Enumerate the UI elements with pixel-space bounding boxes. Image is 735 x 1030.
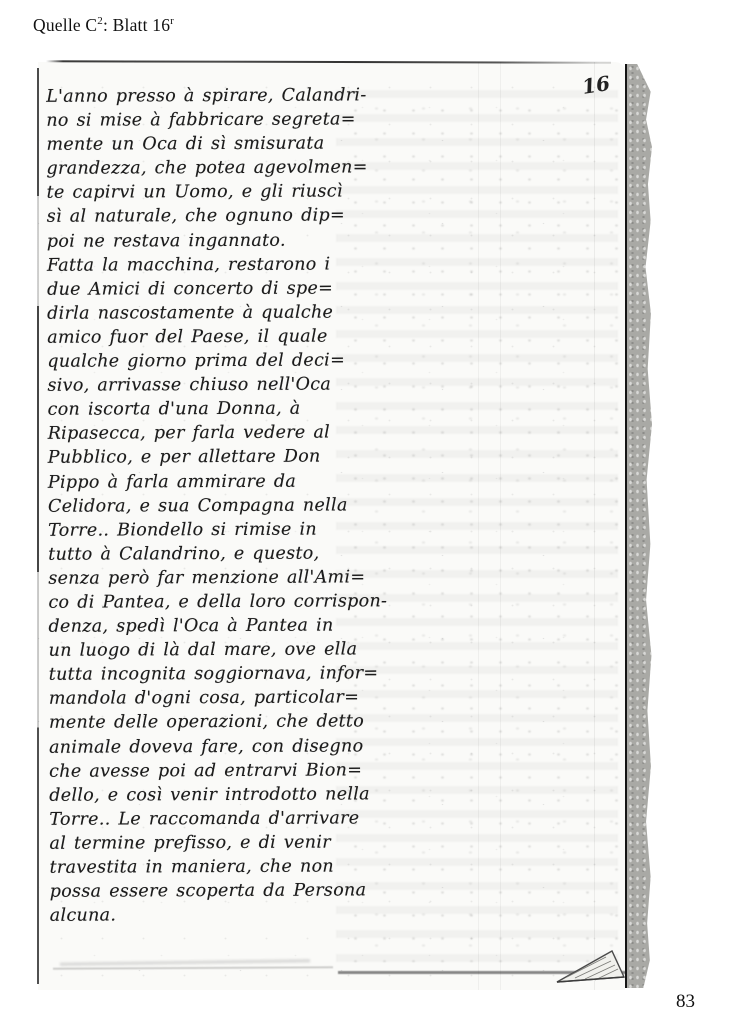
manuscript-line: sivo, arrivasse chiuso nell'Oca xyxy=(47,372,399,398)
manuscript-line: dello, e così venir introdotto nella xyxy=(49,782,401,808)
manuscript-line: mandola d'ogni cosa, particolar= xyxy=(49,686,401,712)
manuscript-line: Ripasecca, per farla vedere al xyxy=(48,421,400,447)
manuscript-line: denza, spedì l'Oca à Pantea in xyxy=(48,613,400,639)
manuscript-line: mente un Oca di sì smisurata xyxy=(46,131,398,157)
caption-middle: : Blatt 16 xyxy=(103,15,170,35)
manuscript-line: mente delle operazioni, che detto xyxy=(49,710,401,736)
manuscript-line: Fatta la macchina, restarono i xyxy=(47,252,399,278)
manuscript-line: Pubblico, e per allettare Don xyxy=(48,445,400,471)
manuscript-line: alcuna. xyxy=(50,902,402,928)
manuscript-line: Torre.. Biondello si rimise in xyxy=(48,517,400,543)
manuscript-line: un luogo di là dal mare, ove ella xyxy=(49,637,401,663)
manuscript-line: al termine prefisso, e di venir xyxy=(49,830,401,856)
source-caption: Quelle C2: Blatt 16r xyxy=(33,15,174,36)
manuscript-text-block: L'anno presso à spirare, Calandri- no si… xyxy=(46,83,402,928)
folded-corner-sketch xyxy=(554,946,632,988)
manuscript-line: animale doveva fare, con disegno xyxy=(49,734,401,760)
manuscript-line: L'anno presso à spirare, Calandri- xyxy=(46,83,398,109)
caption-superscript-2: r xyxy=(170,15,174,27)
deckle-edge-band xyxy=(625,64,652,988)
manuscript-line: co di Pantea, e della loro corrispon- xyxy=(48,589,400,615)
manuscript-line: poi ne restava ingannato. xyxy=(47,228,399,254)
manuscript-line: Torre.. Le raccomanda d'arrivare xyxy=(49,806,401,832)
manuscript-line: te capirvi un Uomo, e gli riuscì xyxy=(47,180,399,206)
manuscript-line: amico fuor del Paese, il quale xyxy=(47,324,399,350)
manuscript-line: Pippo à farla ammirare da xyxy=(48,469,400,495)
manuscript-line: grandezza, che potea agevolmen= xyxy=(46,156,398,182)
caption-prefix: Quelle C xyxy=(33,15,97,35)
manuscript-line: con iscorta d'una Donna, à xyxy=(48,396,400,422)
manuscript-page: 16 L'anno presso à spirare, Calandri- no… xyxy=(38,62,650,990)
manuscript-line: dirla nascostamente à qualche xyxy=(47,300,399,326)
page-left-edge xyxy=(37,68,39,984)
manuscript-line: senza però far menzione all'Ami= xyxy=(48,565,400,591)
print-page-number: 83 xyxy=(676,991,695,1013)
manuscript-line: Celidora, e sua Compagna nella xyxy=(48,493,400,519)
manuscript-line: che avesse poi ad entrarvi Bion= xyxy=(49,758,401,784)
manuscript-line: tutta incognita soggiornava, infor= xyxy=(49,661,401,687)
manuscript-line: due Amici di concerto di spe= xyxy=(47,276,399,302)
manuscript-line: sì al naturale, che ognuno dip= xyxy=(47,204,399,230)
manuscript-line: possa essere scoperta da Persona xyxy=(50,878,402,904)
manuscript-line: qualche giorno prima del deci= xyxy=(47,348,399,374)
manuscript-line: travestita in maniera, che non xyxy=(50,854,402,880)
manuscript-line: tutto à Calandrino, e questo, xyxy=(48,541,400,567)
manuscript-line: no si mise à fabbricare segreta= xyxy=(46,107,398,133)
